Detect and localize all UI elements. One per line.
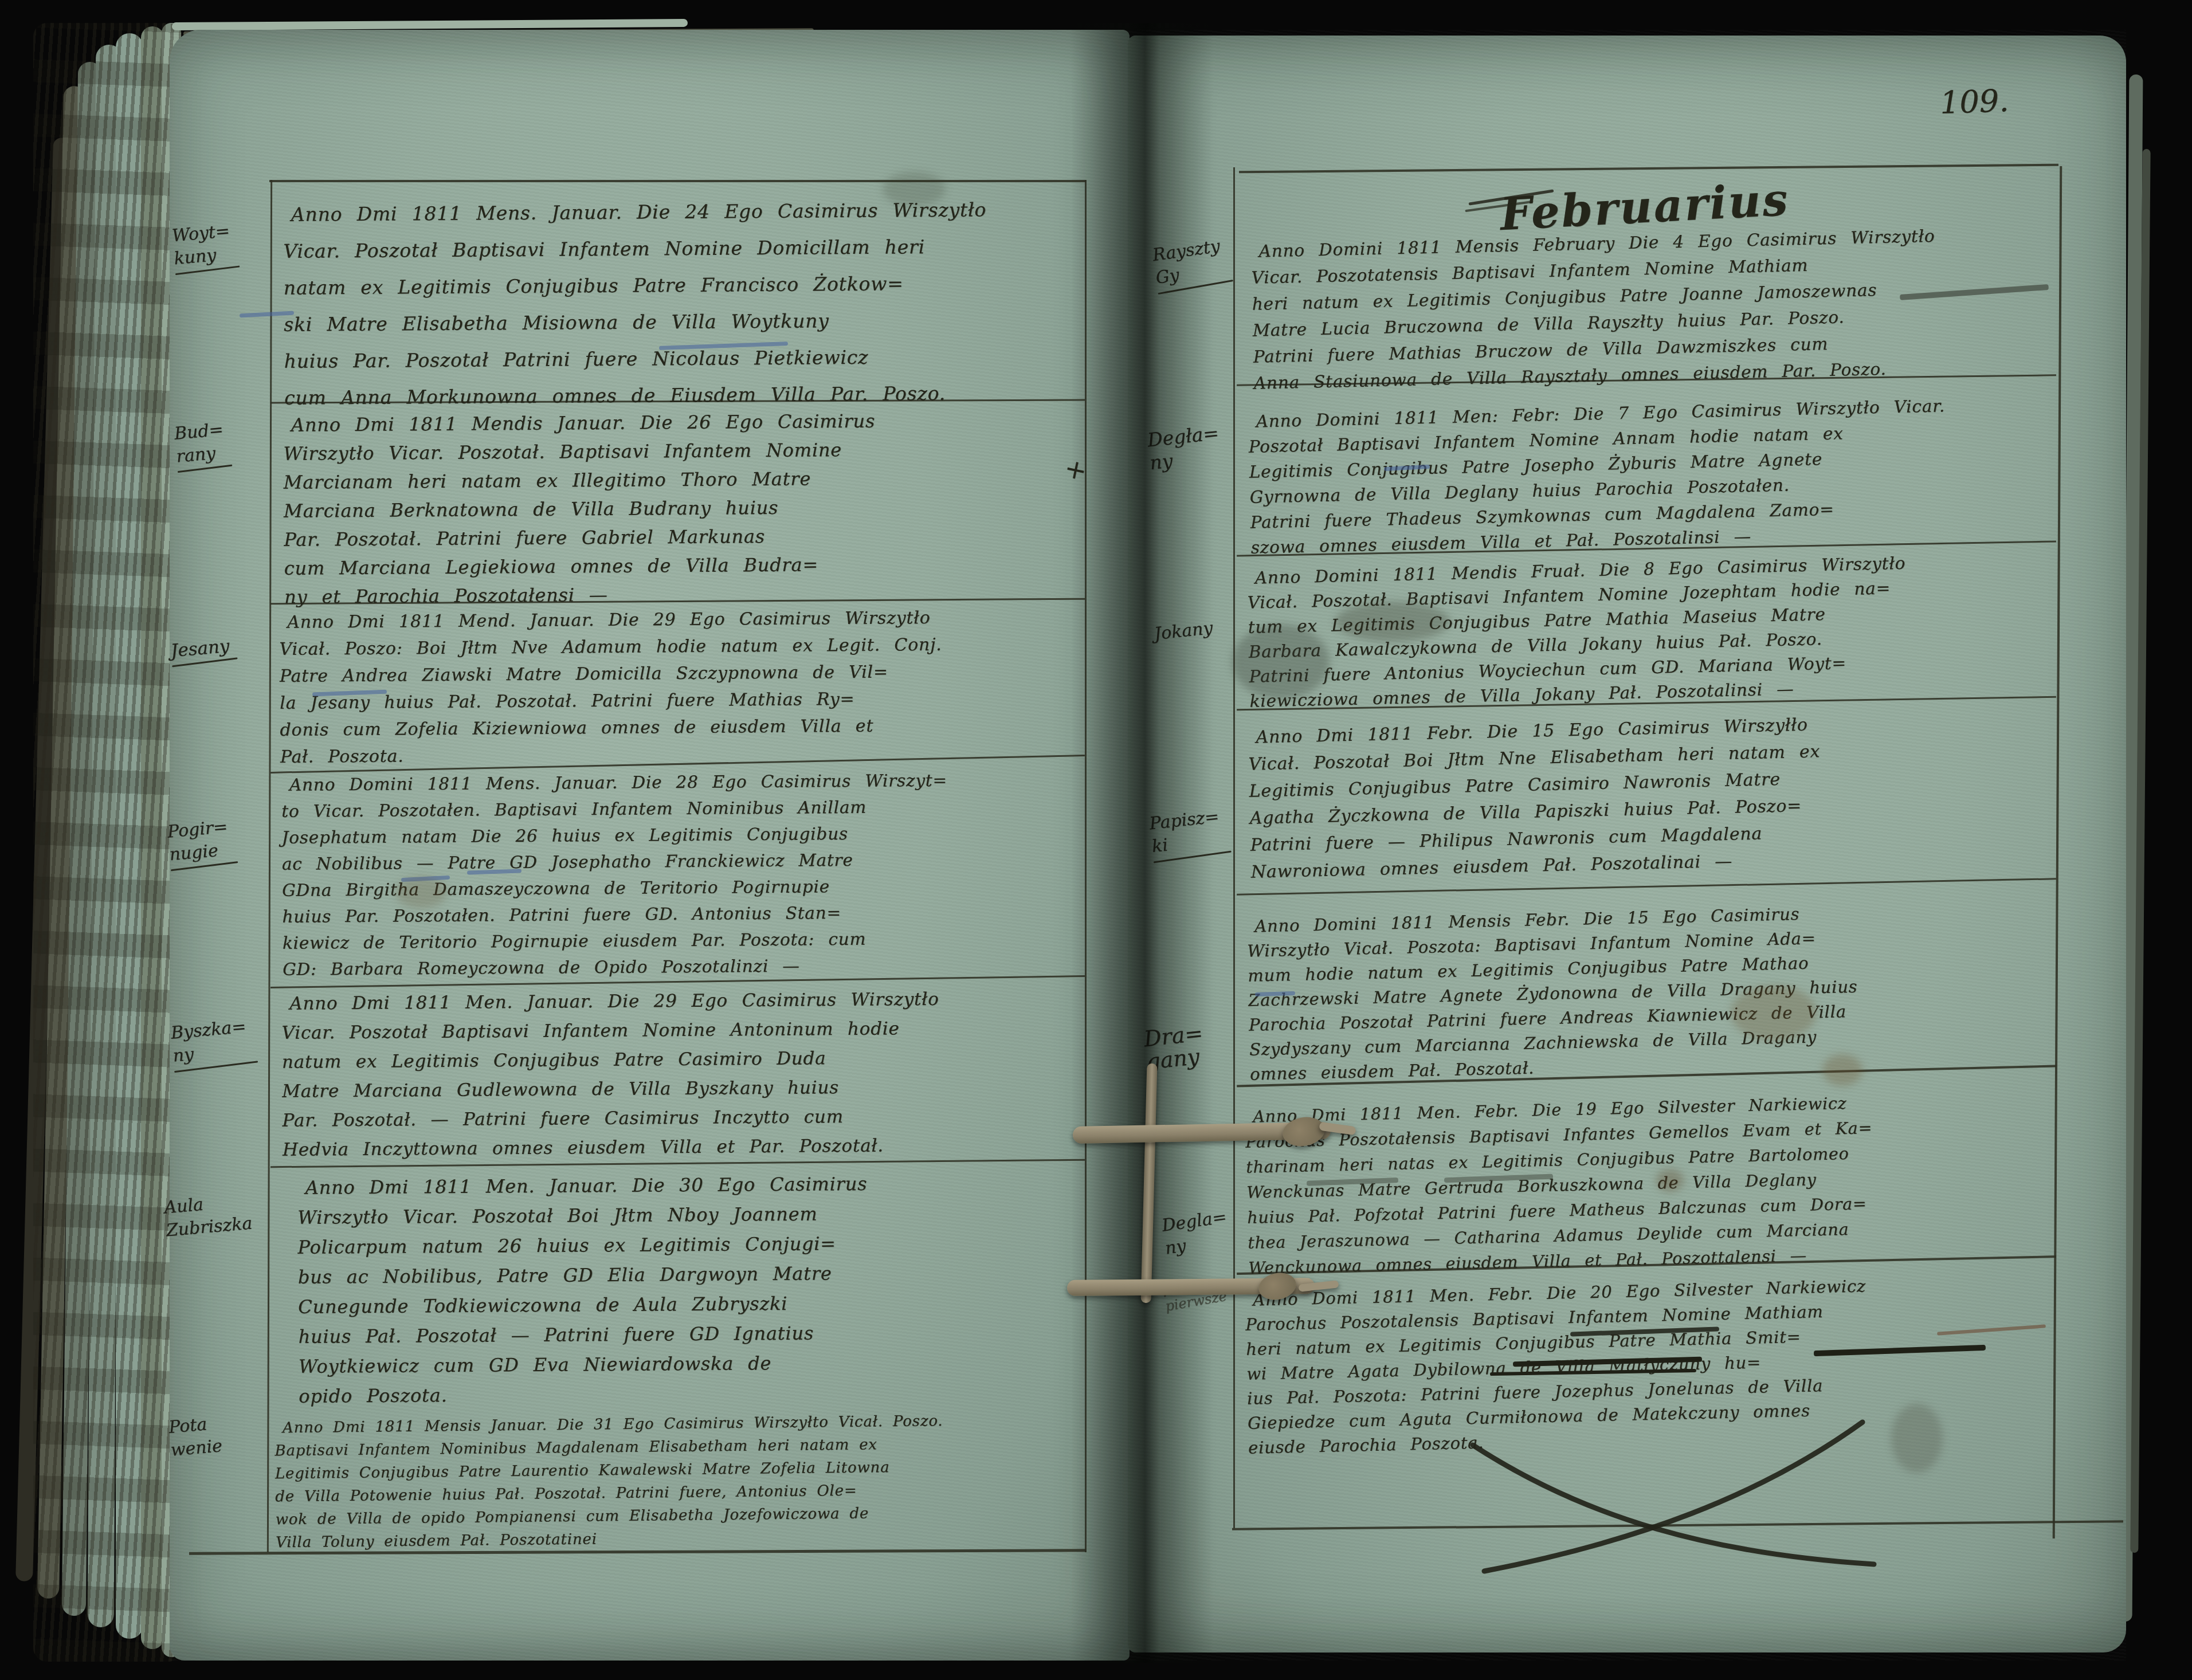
margin-label-deglany-2: Degla= ny	[1160, 1206, 1232, 1260]
baptism-entry: Anno Dmi 1811 Mensis Januar. Die 31 Ego …	[275, 1408, 1075, 1555]
margin-label-byszkany: Byszka= ny	[170, 1015, 249, 1071]
page-stack-texture	[33, 23, 182, 1662]
entry-line: ski Matre Elisabetha Misiowna de Villa W…	[284, 301, 1083, 343]
baptism-entry: Anno Domini 1811 Mensis February Die 4 E…	[1250, 220, 2053, 397]
baptism-entry: Anno Dmi 1811 Mend. Januar. Die 29 Ego C…	[279, 603, 1080, 771]
page-number: 109.	[1939, 83, 2009, 121]
baptism-entry: Anno Dmi 1811 Men. Januar. Die 29 Ego Ca…	[281, 984, 1082, 1165]
margin-label-papiszki: Papisz= ki	[1148, 806, 1223, 862]
entry-line: natam ex Legitimis Conjugibus Patre Fran…	[284, 264, 1083, 307]
baptism-entry: Anno Domini 1811 Mendis Fruał. Die 8 Ego…	[1246, 548, 2049, 714]
table-rule	[269, 180, 1086, 182]
entry-line: Anno Dmi 1811 Mens. Januar. Die 24 Ego C…	[283, 191, 1083, 233]
book-photo: Februarius 109. Woyt= kuny Bud= rany Jes…	[0, 0, 2192, 1680]
entry-line: Hedvia Inczyttowna omnes eiusdem Villa e…	[283, 1130, 1082, 1165]
baptism-entry: Anno Domini 1811 Mensis Febr. Die 15 Ego…	[1246, 896, 2049, 1087]
baptism-entry: Anno Dmi 1811 Men. Febr. Die 19 Ego Silv…	[1245, 1086, 2048, 1281]
page-stack-edge	[15, 138, 70, 1581]
margin-label-potawenie: Pota wenie	[168, 1412, 223, 1462]
margin-label-pogirnugie: Pogir= nugie	[166, 816, 230, 870]
baptism-entry: Anno Dmi 1811 Febr. Die 15 Ego Casimirus…	[1248, 706, 2050, 886]
baptism-entry: Anno Domini 1811 Men: Febr: Die 7 Ego Ca…	[1248, 391, 2050, 560]
entry-line: Pał. Poszota.	[280, 738, 1080, 771]
margin-label-aula-zubriszka: Aula Zubriszka	[163, 1190, 253, 1243]
page-stack-edge	[88, 45, 122, 1627]
page-right-edge	[2130, 149, 2150, 1553]
baptism-entry: Anno Dmi 1811 Mendis Januar. Die 26 Ego …	[283, 405, 1084, 611]
entry-line: opido Poszota.	[299, 1376, 1098, 1411]
page-stack-edge	[116, 33, 143, 1639]
baptism-entry: Anno Dmi 1811 Mens. Januar. Die 24 Ego C…	[283, 191, 1084, 417]
x-flourish	[1450, 1411, 1897, 1583]
margin-label-rayszty: Rayszty Gy	[1151, 235, 1225, 293]
baptism-entry: Anno Domini 1811 Mens. Januar. Die 28 Eg…	[281, 766, 1083, 983]
entry-line: GD: Barbara Romeyczowna de Opido Poszota…	[283, 951, 1082, 983]
page-top-edge	[172, 19, 688, 30]
margin-label-budrany: Bud= rany	[173, 418, 226, 472]
entry-line: Vicar. Poszotał Baptisavi Infantem Nomin…	[283, 227, 1083, 270]
margin-label-woytkuny: Woyt= kuny	[171, 220, 233, 274]
table-rule	[1233, 167, 1235, 1528]
entry-line: huius Par. Poszotał Patrini fuere Nicola…	[284, 337, 1083, 380]
baptism-entry: Anno Dmi 1811 Men. Januar. Die 30 Ego Ca…	[297, 1167, 1099, 1411]
margin-label-jesany: Jesany	[170, 635, 230, 666]
margin-label-deglany: Degła= ny	[1146, 422, 1222, 475]
page-stack-edge	[62, 62, 102, 1616]
page-stack-edge	[141, 26, 164, 1649]
page-stack-edge	[37, 86, 85, 1599]
